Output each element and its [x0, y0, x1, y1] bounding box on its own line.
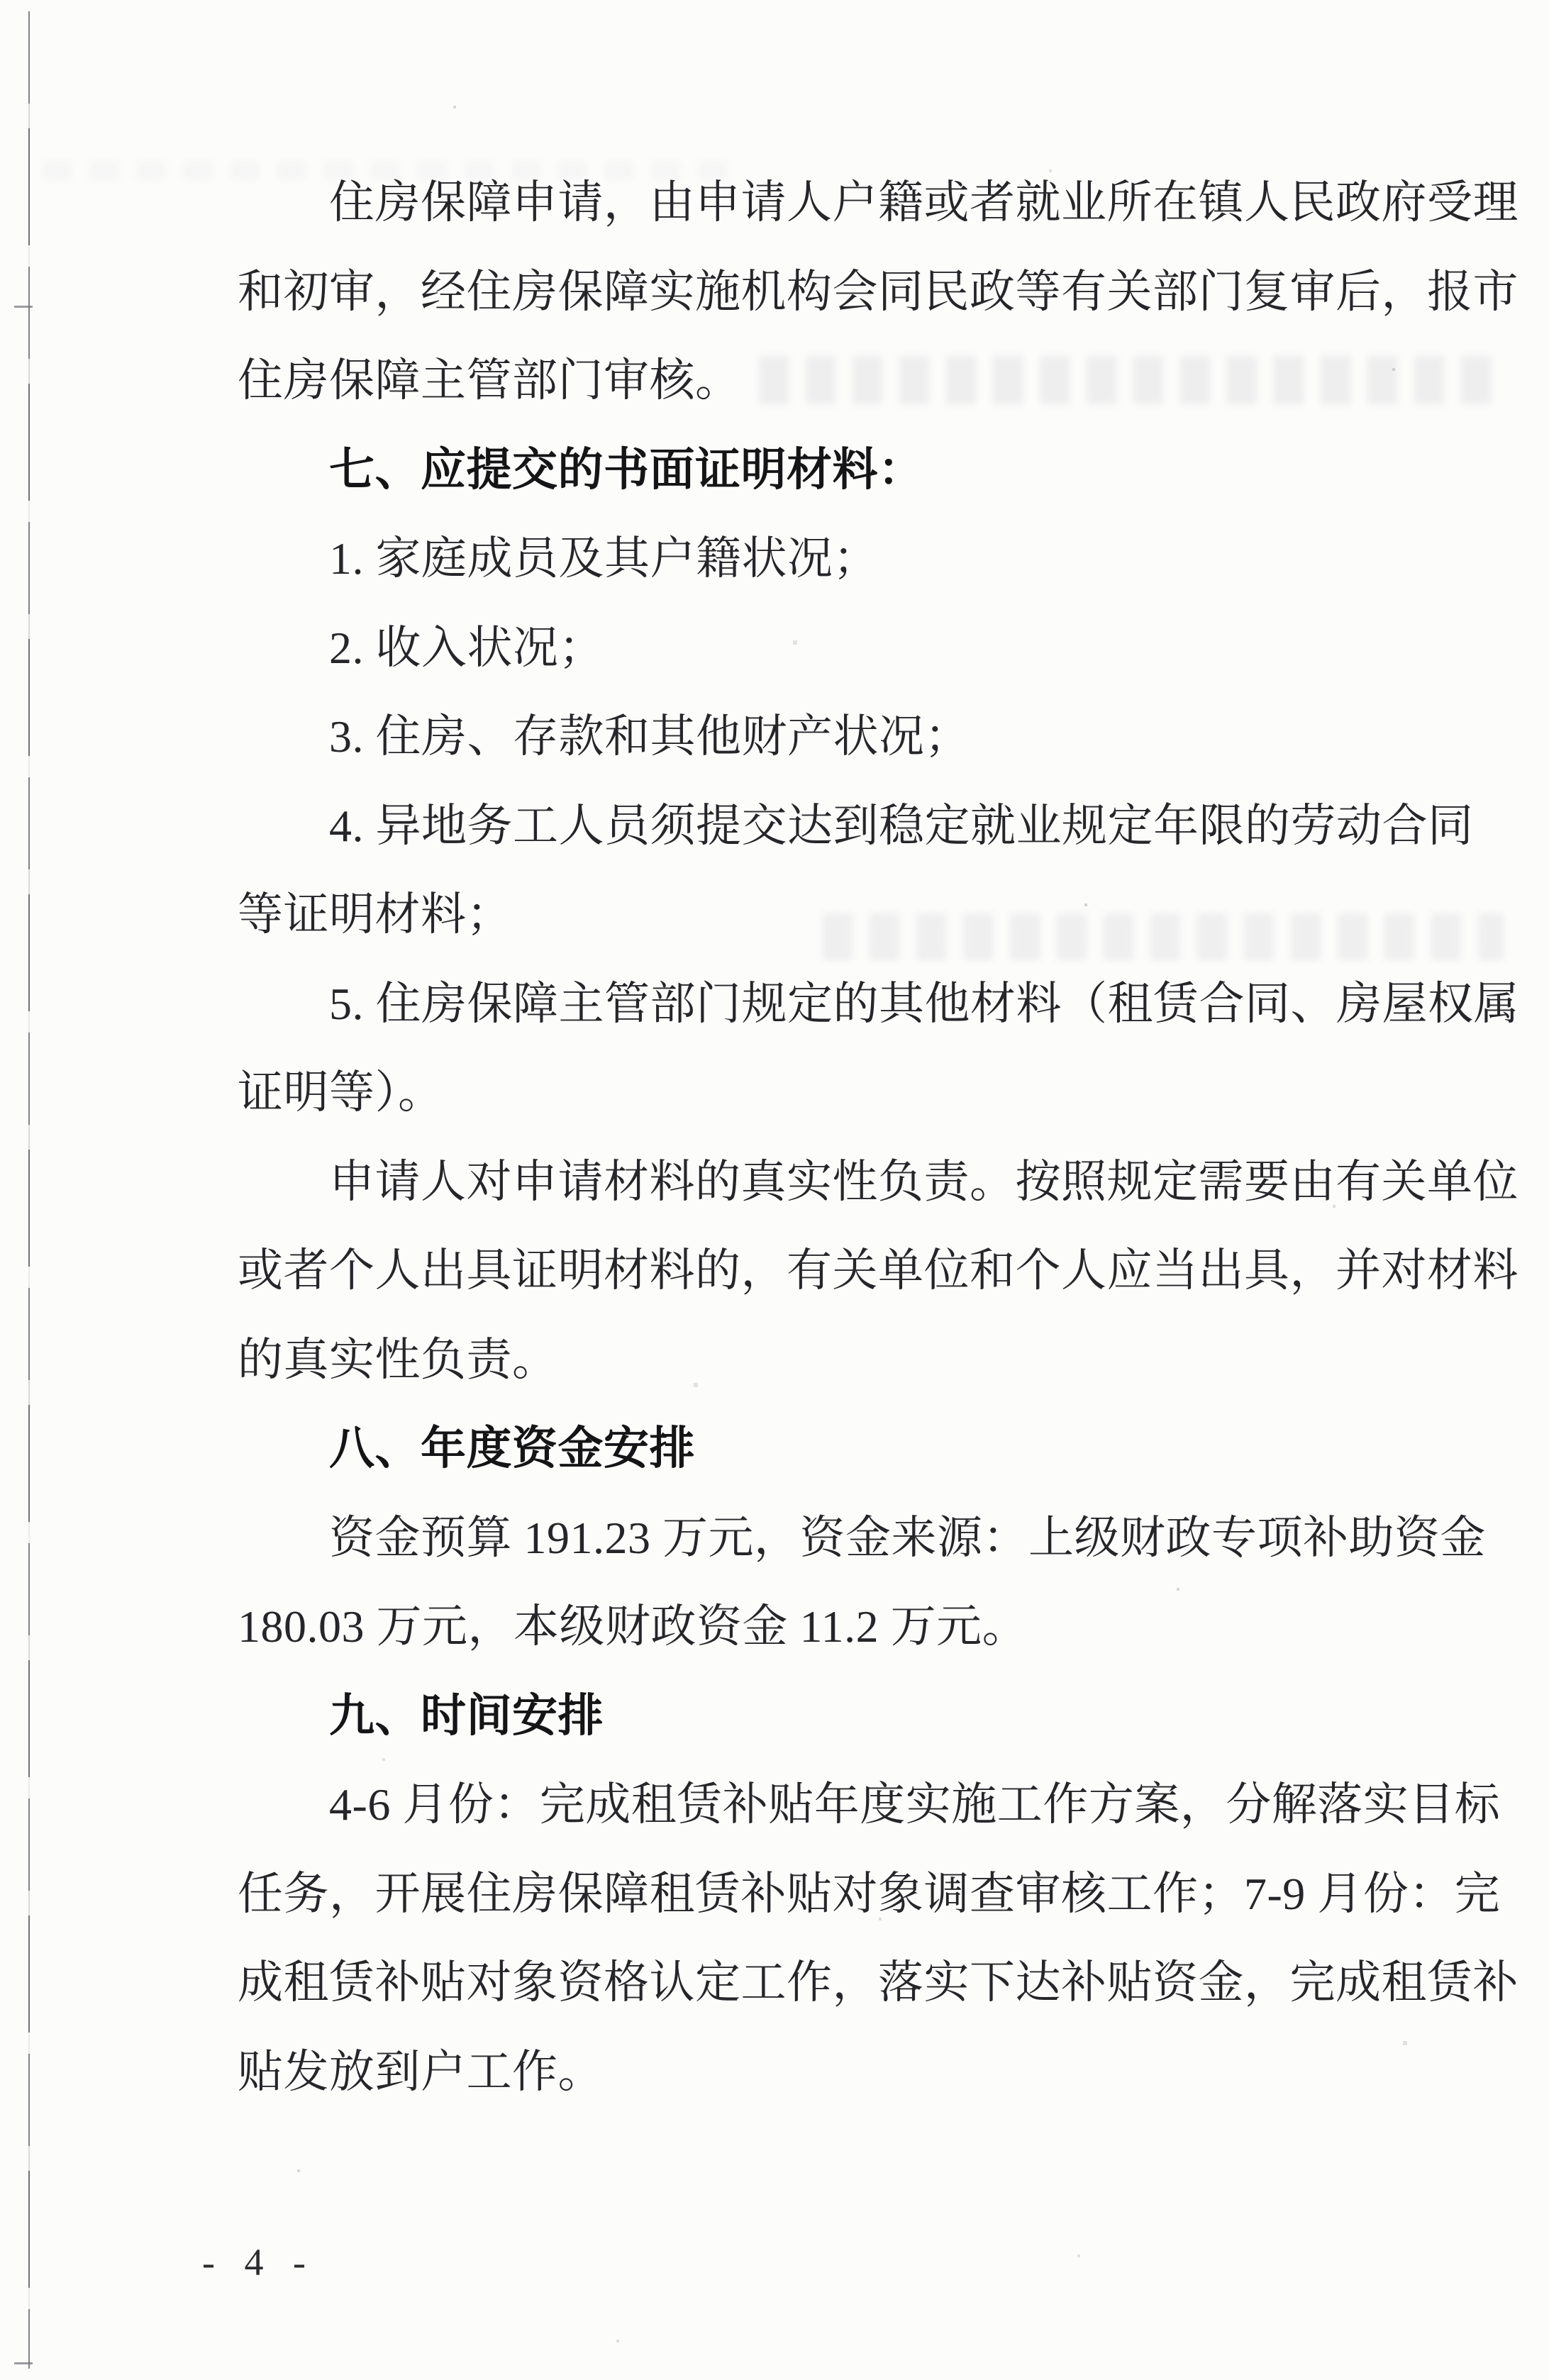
- body-line: 的真实性负责。: [238, 1316, 1526, 1405]
- list-item-5: 5. 住房保障主管部门规定的其他材料（租赁合同、房屋权属: [238, 960, 1526, 1049]
- body-line: 4-6 月份：完成租赁补贴年度实施工作方案，分解落实目标: [238, 1760, 1526, 1850]
- body-line: 住房保障主管部门审核。: [238, 336, 1526, 426]
- body-line: 资金预算 191.23 万元，资金来源：上级财政专项补助资金: [238, 1494, 1526, 1583]
- registration-tick: [14, 306, 33, 308]
- body-line: 证明等）。: [238, 1048, 1526, 1138]
- section-heading-9: 九、时间安排: [238, 1672, 1526, 1761]
- body-line: 成租赁补贴对象资格认定工作，落实下达补贴资金，完成租赁补: [238, 1938, 1526, 2028]
- page-number: - 4 -: [202, 2240, 316, 2286]
- body-line: 任务，开展住房保障租赁补贴对象调查审核工作；7-9 月份：完: [238, 1850, 1526, 1939]
- document-body: 住房保障申请，由申请人户籍或者就业所在镇人民政府受理 和初审，经住房保障实施机构…: [238, 158, 1526, 2116]
- body-line: 贴发放到户工作。: [238, 2028, 1526, 2117]
- registration-tick: [14, 2362, 33, 2364]
- list-item-3: 3. 住房、存款和其他财产状况；: [238, 692, 1526, 782]
- list-item-2: 2. 收入状况；: [238, 604, 1526, 693]
- body-line: 或者个人出具证明材料的，有关单位和个人应当出具，并对材料: [238, 1226, 1526, 1316]
- list-item-1: 1. 家庭成员及其户籍状况；: [238, 514, 1526, 604]
- scanned-document-page: 住房保障申请，由申请人户籍或者就业所在镇人民政府受理 和初审，经住房保障实施机构…: [0, 0, 1549, 2380]
- body-line: 和初审，经住房保障实施机构会同民政等有关部门复审后，报市: [238, 248, 1526, 337]
- body-line: 住房保障申请，由申请人户籍或者就业所在镇人民政府受理: [238, 158, 1526, 248]
- body-line: 等证明材料；: [238, 870, 1526, 960]
- body-line: 180.03 万元，本级财政资金 11.2 万元。: [238, 1582, 1526, 1672]
- section-heading-7: 七、应提交的书面证明材料：: [238, 426, 1526, 515]
- body-line: 申请人对申请材料的真实性负责。按照规定需要由有关单位: [238, 1138, 1526, 1227]
- scan-noise: [0, 0, 1, 1]
- scan-edge-line: [28, 11, 30, 2369]
- list-item-4: 4. 异地务工人员须提交达到稳定就业规定年限的劳动合同: [238, 782, 1526, 871]
- section-heading-8: 八、年度资金安排: [238, 1404, 1526, 1494]
